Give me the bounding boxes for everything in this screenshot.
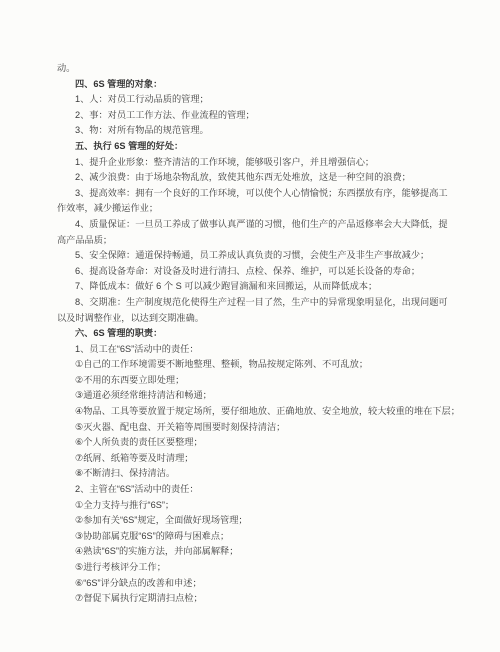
paragraph: ⑧不断清扫、保持清洁。 bbox=[57, 466, 453, 482]
document-text-body: 动。四、6S 管理的对象：1、人：对员工行动品质的管理；2、事：对员工工作方法、… bbox=[57, 61, 453, 607]
paragraph: 1、提升企业形象：整齐清洁的工作环境，能够吸引客户，并且增强信心； bbox=[57, 155, 453, 171]
paragraph: ⑤灭火器、配电盘、开关箱等周围要时刻保持清洁； bbox=[57, 420, 453, 436]
section-heading: 五、执行 6S 管理的好处： bbox=[57, 139, 453, 155]
paragraph: ①全力支持与推行“6S”； bbox=[57, 498, 453, 514]
section-heading: 六、6S 管理的职责： bbox=[57, 326, 453, 342]
paragraph: 3、物：对所有物品的规范管理。 bbox=[57, 123, 453, 139]
paragraph: 3、提高效率：拥有一个良好的工作环境，可以使个人心情愉悦；东西摆放有序，能够提高… bbox=[57, 186, 453, 217]
paragraph: 5、安全保障：通道保持畅通，员工养成认真负责的习惯，会使生产及非生产事故减少； bbox=[57, 248, 453, 264]
paragraph: ⑤进行考核评分工作； bbox=[57, 560, 453, 576]
section-heading: 四、6S 管理的对象： bbox=[57, 77, 453, 93]
paragraph: 2、减少浪费：由于场地杂物乱放，致使其他东西无处堆放，这是一种空间的浪费； bbox=[57, 170, 453, 186]
paragraph: 8、交期准：生产制度规范化使得生产过程一目了然，生产中的异常现象明显化，出现问题… bbox=[57, 295, 453, 326]
paragraph: ③通道必须经常维持清洁和畅通； bbox=[57, 388, 453, 404]
paragraph: ⑦督促下属执行定期清扫点检； bbox=[57, 591, 453, 607]
paragraph: ⑥个人所负责的责任区要整理； bbox=[57, 435, 453, 451]
paragraph: 1、员工在“6S”活动中的责任： bbox=[57, 342, 453, 358]
paragraph: ②参加有关“6S”规定，全面做好现场管理； bbox=[57, 513, 453, 529]
paragraph: 7、降低成本：做好 6 个 S 可以减少跑冒滴漏和来回搬运，从而降低成本； bbox=[57, 279, 453, 295]
paragraph: ④熟读“6S”的实施方法，并向部属解释； bbox=[57, 544, 453, 560]
paragraph: 6、提高设备寿命：对设备及时进行清扫、点检、保养、维护，可以延长设备的寿命； bbox=[57, 264, 453, 280]
paragraph: ②不用的东西要立即处理； bbox=[57, 373, 453, 389]
paragraph: 1、人：对员工行动品质的管理； bbox=[57, 92, 453, 108]
paragraph: 2、事：对员工工作方法、作业流程的管理； bbox=[57, 108, 453, 124]
paragraph: ⑦纸屑、纸箱等要及时清理； bbox=[57, 451, 453, 467]
document-page: 动。四、6S 管理的对象：1、人：对员工行动品质的管理；2、事：对员工工作方法、… bbox=[0, 0, 500, 652]
paragraph: 动。 bbox=[57, 61, 453, 77]
paragraph: ③协助部属克服“6S”的障碍与困难点； bbox=[57, 529, 453, 545]
paragraph: 4、质量保证：一旦员工养成了做事认真严谨的习惯，他们生产的产品返修率会大大降低，… bbox=[57, 217, 453, 248]
paragraph: ①自己的工作环境需要不断地整理、整顿，物品按规定陈列、不可乱放； bbox=[57, 357, 453, 373]
paragraph: ⑥“6S”评分缺点的改善和申述； bbox=[57, 576, 453, 592]
paragraph: ④物品、工具等要放置于规定场所，要仔细地放、正确地放、安全地放，较大较重的堆在下… bbox=[57, 404, 453, 420]
paragraph: 2、主管在“6S”活动中的责任： bbox=[57, 482, 453, 498]
